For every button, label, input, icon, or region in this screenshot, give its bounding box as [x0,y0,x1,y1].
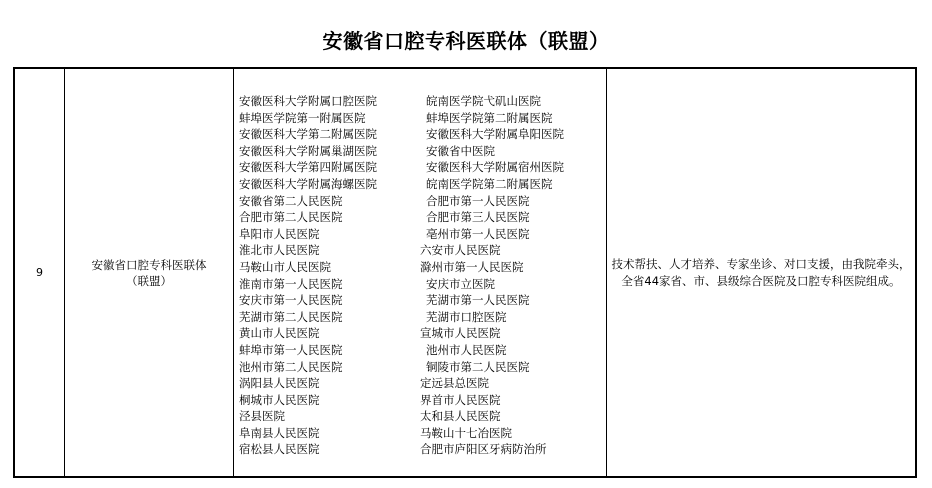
member-hospital: 涡阳县人民医院 [239,375,377,392]
member-hospital: 阜南县人民医院 [239,425,377,442]
alliance-name-line1: 安徽省口腔专科医联体 [92,257,207,273]
member-hospital: 皖南医学院弋矶山医院 [420,93,564,110]
member-hospital: 安徽医科大学附属宿州医院 [420,159,564,176]
member-hospital: 合肥市第三人民医院 [420,209,564,226]
member-hospital: 定远县总医院 [420,375,564,392]
member-hospital: 泾县医院 [239,408,377,425]
member-hospital: 安庆市第一人民医院 [239,292,377,309]
member-hospital: 宿松县人民医院 [239,441,377,458]
description-cell: 技术帮扶、人才培养、专家坐诊、对口支援，由我院牵头，全省44家省、市、县级综合医… [607,69,915,476]
member-hospital: 芜湖市口腔医院 [420,309,564,326]
member-hospital: 安徽医科大学附属口腔医院 [239,93,377,110]
member-hospital: 芜湖市第一人民医院 [420,292,564,309]
member-hospital: 六安市人民医院 [420,242,564,259]
member-hospital: 安徽省第二人民医院 [239,193,377,210]
member-hospital: 池州市第二人民医院 [239,359,377,376]
member-hospital: 安徽医科大学附属海螺医院 [239,176,377,193]
alliance-table: 9 安徽省口腔专科医联体 （联盟） 安徽医科大学附属口腔医院 蚌埠医学院第一附属… [13,67,917,478]
member-hospital: 淮北市人民医院 [239,242,377,259]
member-hospital: 安徽医科大学第四附属医院 [239,159,377,176]
member-hospital: 界首市人民医院 [420,392,564,409]
member-hospital: 桐城市人民医院 [239,392,377,409]
member-hospital: 安徽医科大学附属阜阳医院 [420,126,564,143]
member-hospital: 铜陵市第二人民医院 [420,359,564,376]
member-hospital: 池州市人民医院 [420,342,564,359]
document-title: 安徽省口腔专科医联体（联盟） [0,26,932,56]
member-hospital: 安庆市立医院 [420,276,564,293]
member-hospital: 蚌埠市第一人民医院 [239,342,377,359]
alliance-name-cell: 安徽省口腔专科医联体 （联盟） [65,69,234,476]
alliance-name: 安徽省口腔专科医联体 （联盟） [92,257,207,289]
alliance-name-line2: （联盟） [92,273,207,289]
member-hospital: 合肥市第一人民医院 [420,193,564,210]
member-hospital: 安徽医科大学附属巢湖医院 [239,143,377,160]
member-hospital: 皖南医学院第二附属医院 [420,176,564,193]
member-hospital: 芜湖市第二人民医院 [239,309,377,326]
member-hospital: 太和县人民医院 [420,408,564,425]
member-hospital: 宣城市人民医院 [420,325,564,342]
member-hospitals-cell: 安徽医科大学附属口腔医院 蚌埠医学院第一附属医院 安徽医科大学第二附属医院 安徽… [234,69,607,476]
member-hospital: 阜阳市人民医院 [239,226,377,243]
member-hospital: 淮南市第一人民医院 [239,276,377,293]
member-list-left: 安徽医科大学附属口腔医院 蚌埠医学院第一附属医院 安徽医科大学第二附属医院 安徽… [239,93,377,458]
member-hospital: 黄山市人民医院 [239,325,377,342]
member-hospital: 蚌埠医学院第一附属医院 [239,110,377,127]
member-hospital: 安徽医科大学第二附属医院 [239,126,377,143]
member-hospital: 马鞍山十七冶医院 [420,425,564,442]
row-index-cell: 9 [15,69,65,476]
alliance-description: 技术帮扶、人才培养、专家坐诊、对口支援，由我院牵头，全省44家省、市、县级综合医… [611,256,911,289]
member-hospital: 合肥市庐阳区牙病防治所 [420,441,564,458]
member-hospital: 亳州市第一人民医院 [420,226,564,243]
member-list-right: 皖南医学院弋矶山医院 蚌埠医学院第二附属医院 安徽医科大学附属阜阳医院 安徽省中… [420,93,564,458]
row-index: 9 [36,266,43,279]
member-hospital: 马鞍山市人民医院 [239,259,377,276]
member-hospital: 滁州市第一人民医院 [420,259,564,276]
member-hospital: 蚌埠医学院第二附属医院 [420,110,564,127]
member-hospital: 安徽省中医院 [420,143,564,160]
member-hospital: 合肥市第二人民医院 [239,209,377,226]
